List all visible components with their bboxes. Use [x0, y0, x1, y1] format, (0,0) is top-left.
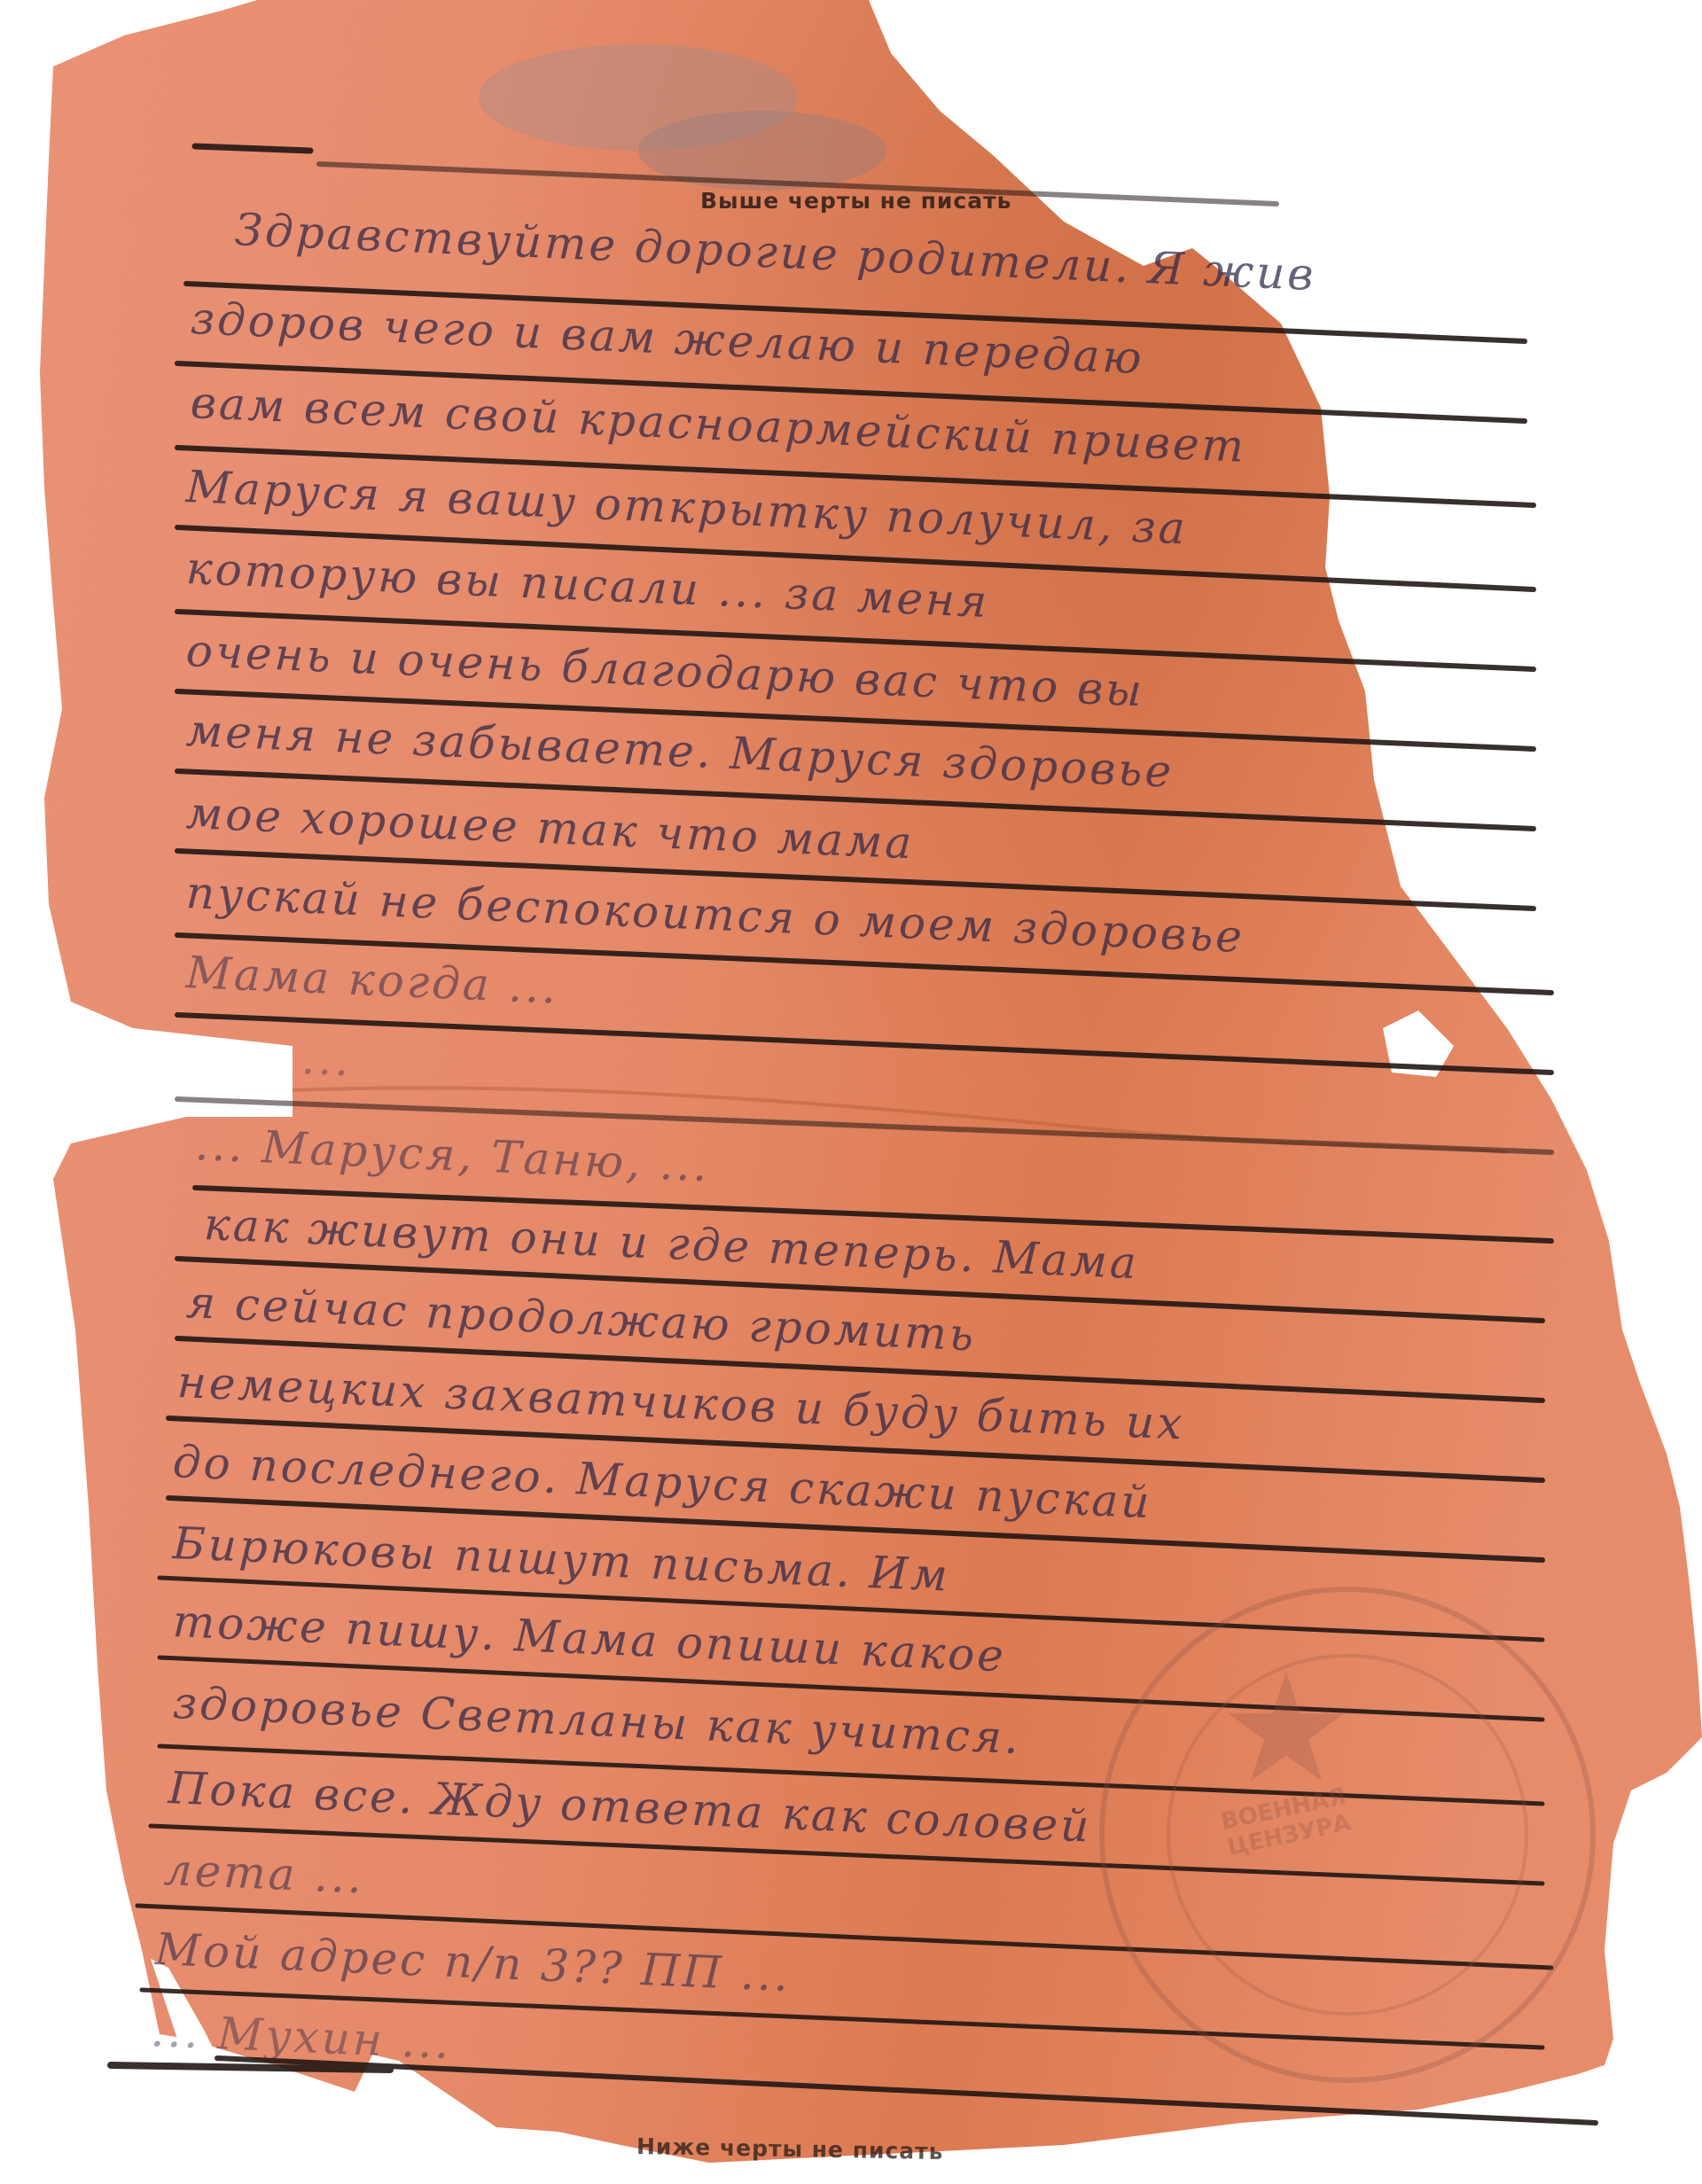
censor-stamp: ★ ВОЕННАЯ ЦЕНЗУРА	[1099, 1587, 1596, 2083]
printed-footer: Ниже черты не писать	[636, 2133, 944, 2164]
star-icon: ★	[1211, 1654, 1362, 1805]
printed-header: Выше черты не писать	[700, 188, 1011, 214]
letter-sheet: Выше черты не писать ★ ВОЕННАЯ ЦЕНЗУРА З…	[0, 0, 1702, 2184]
